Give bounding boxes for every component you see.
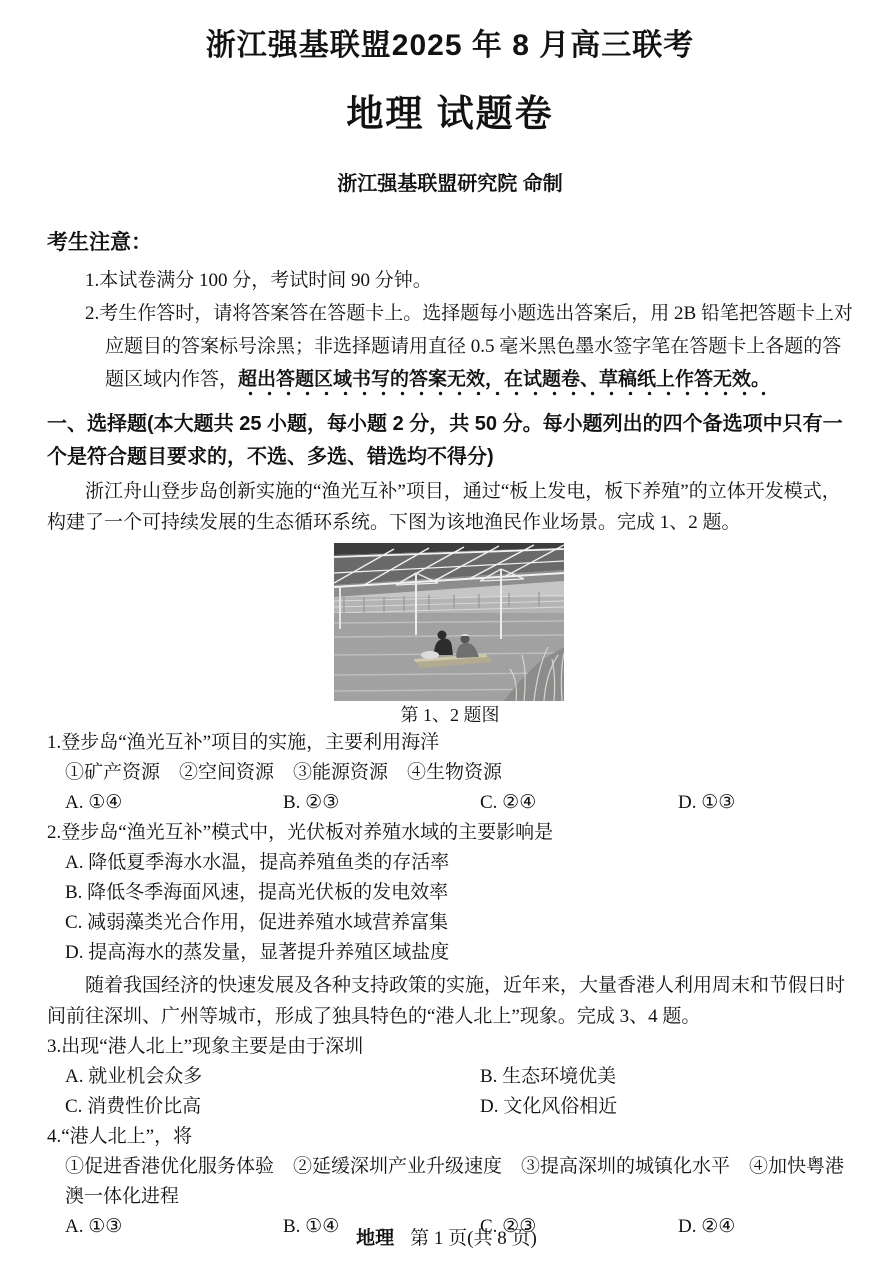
question-3-option-a: A. 就业机会众多: [65, 1062, 480, 1092]
passage-1: 浙江舟山登步岛创新实施的“渔光互补”项目，通过“板上发电，板下养殖”的立体开发模…: [47, 476, 853, 538]
page-footer: 地理第 1 页(共 8 页): [0, 1227, 893, 1251]
question-4-stem: 4.“港人北上”，将: [47, 1122, 853, 1152]
paper-title: 地理 试题卷: [47, 92, 853, 136]
question-1-options: A. ①④ B. ②③ C. ②④ D. ①③: [65, 788, 853, 818]
question-2: 2.登步岛“渔光互补”模式中，光伏板对养殖水域的主要影响是 A. 降低夏季海水水…: [47, 818, 853, 968]
figure-caption: 第 1、2 题图: [334, 703, 566, 728]
exam-paper-page: 浙江强基联盟2025 年 8 月高三联考 地理 试题卷 浙江强基联盟研究院 命制…: [0, 0, 893, 1263]
question-1-option-c: C. ②④: [480, 788, 678, 818]
question-3-option-c: C. 消费性价比高: [65, 1092, 480, 1122]
issuer-line: 浙江强基联盟研究院 命制: [47, 172, 853, 196]
question-1-option-a: A. ①④: [65, 788, 283, 818]
notice-item-2: 2.考生作答时，请将答案答在答题卡上。选择题每小题选出答案后，用 2B 铅笔把答…: [85, 297, 853, 396]
candidate-notice: 考生注意： 1.本试卷满分 100 分，考试时间 90 分钟。 2.考生作答时，…: [47, 230, 853, 396]
notice-item-1: 1.本试卷满分 100 分，考试时间 90 分钟。: [85, 264, 853, 297]
figure-q1-q2: 第 1、2 题图: [334, 543, 566, 728]
footer-page-number: 第 1 页(共 8 页): [410, 1228, 537, 1249]
question-1-option-d: D. ①③: [678, 788, 853, 818]
question-3-stem: 3.出现“港人北上”现象主要是由于深圳: [47, 1032, 853, 1062]
exam-title: 浙江强基联盟2025 年 8 月高三联考: [47, 26, 853, 66]
question-3: 3.出现“港人北上”现象主要是由于深圳 A. 就业机会众多 B. 生态环境优美 …: [47, 1032, 853, 1122]
question-3-options-row-1: A. 就业机会众多 B. 生态环境优美: [65, 1062, 853, 1092]
notice-item-2-emphasis: 超出答题区域书写的答案无效，在试题卷、草稿纸上作答无效。: [238, 369, 770, 396]
question-1: 1.登步岛“渔光互补”项目的实施，主要利用海洋 ①矿产资源 ②空间资源 ③能源资…: [47, 728, 853, 818]
question-4-suboptions: ①促进香港优化服务体验 ②延缓深圳产业升级速度 ③提高深圳的城镇化水平 ④加快粤…: [65, 1152, 853, 1212]
question-2-option-c: C. 减弱藻类光合作用，促进养殖水域营养富集: [65, 908, 853, 938]
question-1-option-b: B. ②③: [283, 788, 480, 818]
passage-2: 随着我国经济的快速发展及各种支持政策的实施，近年来，大量香港人利用周末和节假日时…: [47, 970, 853, 1032]
question-2-option-b: B. 降低冬季海面风速，提高光伏板的发电效率: [65, 878, 853, 908]
section-1-heading: 一、选择题(本大题共 25 小题，每小题 2 分，共 50 分。每小题列出的四个…: [47, 408, 853, 474]
question-3-options-row-2: C. 消费性价比高 D. 文化风俗相近: [65, 1092, 853, 1122]
question-3-option-d: D. 文化风俗相近: [480, 1092, 853, 1122]
question-2-option-a: A. 降低夏季海水水温，提高养殖鱼类的存活率: [65, 848, 853, 878]
question-3-option-b: B. 生态环境优美: [480, 1062, 853, 1092]
question-4: 4.“港人北上”，将 ①促进香港优化服务体验 ②延缓深圳产业升级速度 ③提高深圳…: [47, 1122, 853, 1242]
question-1-suboptions: ①矿产资源 ②空间资源 ③能源资源 ④生物资源: [65, 758, 853, 788]
fishery-photovoltaic-photo: [334, 543, 564, 701]
notice-heading: 考生注意：: [47, 230, 853, 256]
question-2-option-d: D. 提高海水的蒸发量，显著提升养殖区域盐度: [65, 938, 853, 968]
question-2-stem: 2.登步岛“渔光互补”模式中，光伏板对养殖水域的主要影响是: [47, 818, 853, 848]
footer-subject: 地理: [356, 1228, 394, 1249]
question-1-stem: 1.登步岛“渔光互补”项目的实施，主要利用海洋: [47, 728, 853, 758]
